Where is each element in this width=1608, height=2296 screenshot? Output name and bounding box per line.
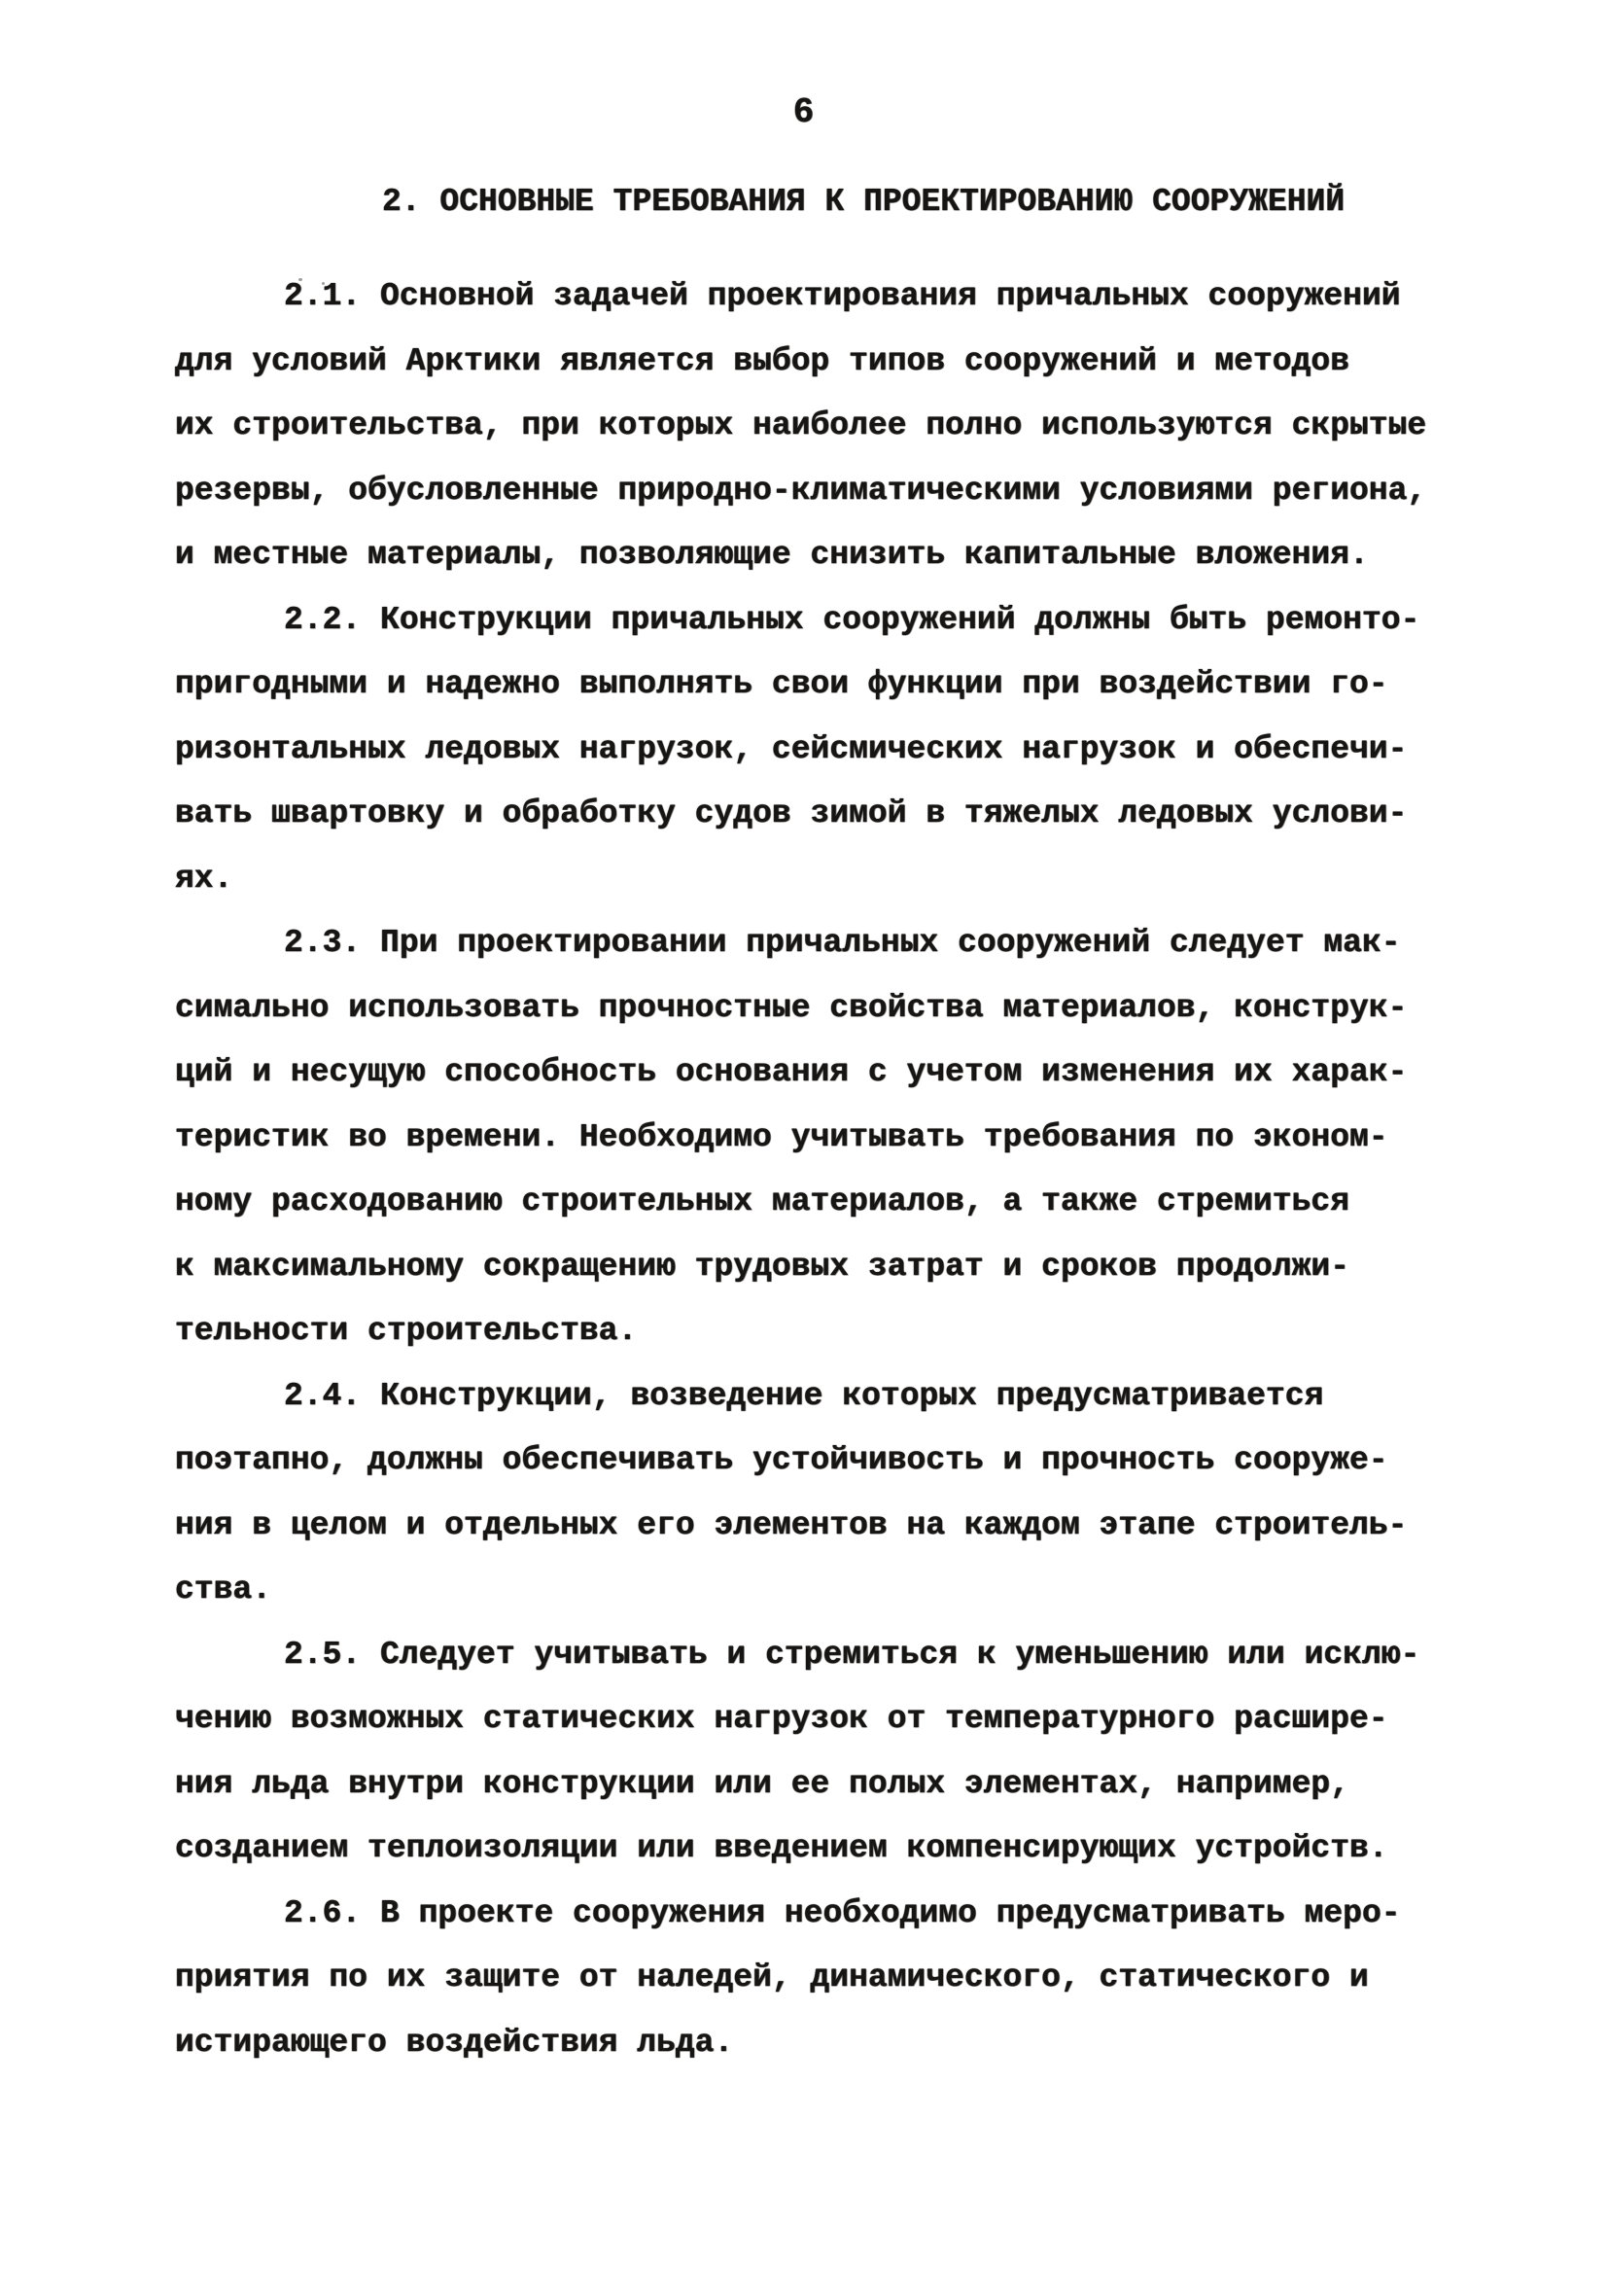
text-line: ций и несущую способность основания с уч… — [175, 1041, 1478, 1106]
text-line: ях. — [175, 847, 1478, 912]
text-line: тельности строительства. — [175, 1299, 1478, 1364]
text-line: пригодными и надежно выполнять свои функ… — [175, 653, 1478, 718]
paragraph-2-1: 2.1. Основной задачей проектирования при… — [175, 265, 1478, 588]
paragraph-2-5: 2.5. Следует учитывать и стремиться к ум… — [175, 1623, 1478, 1882]
text-line: 2.6. В проекте сооружения необходимо пре… — [175, 1882, 1478, 1947]
text-line: ства. — [175, 1558, 1478, 1623]
text-line: ния льда внутри конструкции или ее полых… — [175, 1752, 1478, 1818]
text-line: симально использовать прочностные свойст… — [175, 976, 1478, 1042]
text-line: созданием теплоизоляции или введением ко… — [175, 1817, 1478, 1882]
scanned-document-page: 6 2. ОСНОВНЫЕ ТРЕБОВАНИЯ К ПРОЕКТИРОВАНИ… — [0, 0, 1608, 2296]
text-line: 2.2. Конструкции причальных сооружений д… — [175, 588, 1478, 653]
text-line: истирающего воздействия льда. — [175, 2011, 1478, 2076]
text-line: 2.1. Основной задачей проектирования при… — [175, 265, 1478, 330]
text-line: теристик во времени. Необходимо учитыват… — [175, 1106, 1478, 1171]
text-line: к максимальному сокращению трудовых затр… — [175, 1235, 1478, 1300]
text-line: для условий Арктики является выбор типов… — [175, 330, 1478, 395]
text-line: 2.4. Конструкции, возведение которых пре… — [175, 1364, 1478, 1430]
paragraph-2-6: 2.6. В проекте сооружения необходимо пре… — [175, 1882, 1478, 2076]
paragraph-2-2: 2.2. Конструкции причальных сооружений д… — [175, 588, 1478, 912]
text-line: и местные материалы, позволяющие снизить… — [175, 523, 1478, 588]
text-line: их строительства, при которых наиболее п… — [175, 394, 1478, 459]
text-line: ризонтальных ледовых нагрузок, сейсмичес… — [175, 718, 1478, 783]
text-line: чению возможных статических нагрузок от … — [175, 1687, 1478, 1752]
paragraph-2-4: 2.4. Конструкции, возведение которых пре… — [175, 1364, 1478, 1623]
paragraph-2-3: 2.3. При проектировании причальных соору… — [175, 911, 1478, 1364]
text-line: ному расходованию строительных материало… — [175, 1170, 1478, 1235]
text-line: ния в целом и отдельных его элементов на… — [175, 1494, 1478, 1559]
text-line: поэтапно, должны обеспечивать устойчивос… — [175, 1429, 1478, 1494]
text-line: приятия по их защите от наледей, динамич… — [175, 1946, 1478, 2011]
page-number: 6 — [0, 95, 1608, 130]
text-line: 2.5. Следует учитывать и стремиться к ум… — [175, 1623, 1478, 1688]
document-body: 2.1. Основной задачей проектирования при… — [175, 265, 1478, 2075]
section-heading: 2. ОСНОВНЫЕ ТРЕБОВАНИЯ К ПРОЕКТИРОВАНИЮ … — [382, 183, 1345, 222]
text-line: 2.3. При проектировании причальных соору… — [175, 911, 1478, 976]
text-line: вать швартовку и обработку судов зимой в… — [175, 782, 1478, 847]
text-line: резервы, обусловленные природно-климатич… — [175, 459, 1478, 524]
